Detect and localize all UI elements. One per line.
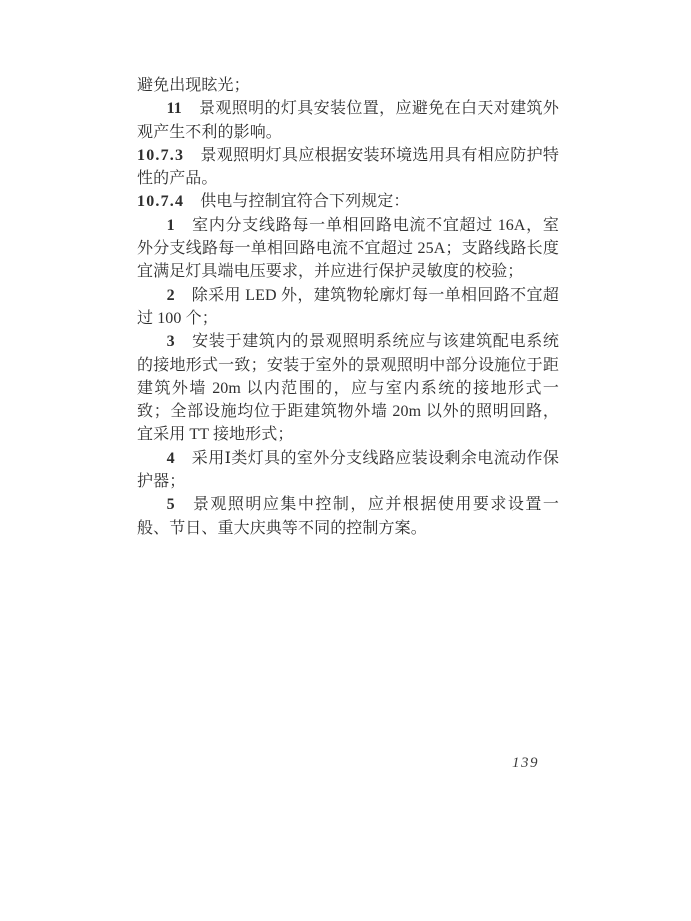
- item-number: 3: [167, 333, 175, 350]
- paragraph-text: 景观照明的灯具安装位置，应避免在白天对建筑外观产生不利的影响。: [137, 100, 559, 140]
- item-number: 2: [167, 287, 175, 304]
- paragraph-text: 采用Ⅰ类灯具的室外分支线路应装设剩余电流动作保护器；: [137, 450, 559, 490]
- continuation-paragraph: 避免出现眩光；: [137, 74, 559, 97]
- item-paragraph: 11景观照明的灯具安装位置，应避免在白天对建筑外观产生不利的影响。: [137, 97, 559, 144]
- scanned-document-page: 避免出现眩光；11景观照明的灯具安装位置，应避免在白天对建筑外观产生不利的影响。…: [0, 0, 691, 921]
- page-body-text: 避免出现眩光；11景观照明的灯具安装位置，应避免在白天对建筑外观产生不利的影响。…: [137, 74, 559, 540]
- paragraph-text: 室内分支线路每一单相回路电流不宜超过 16A，室外分支线路每一单相回路电流不宜超…: [137, 217, 559, 281]
- paragraph-text: 景观照明应集中控制，应并根据使用要求设置一般、节日、重大庆典等不同的控制方案。: [137, 496, 559, 536]
- item-paragraph: 3安装于建筑内的景观照明系统应与该建筑配电系统的接地形式一致；安装于室外的景观照…: [137, 330, 559, 446]
- item-number: 11: [167, 100, 182, 117]
- paragraph-text: 景观照明灯具应根据安装环境选用具有相应防护特性的产品。: [137, 147, 559, 187]
- paragraph-text: 避免出现眩光；: [137, 77, 250, 94]
- item-number: 4: [167, 450, 175, 467]
- clause-paragraph: 10.7.4供电与控制宜符合下列规定：: [137, 190, 559, 213]
- item-paragraph: 5景观照明应集中控制，应并根据使用要求设置一般、节日、重大庆典等不同的控制方案。: [137, 493, 559, 540]
- clause-number: 10.7.4: [137, 193, 184, 210]
- item-number: 1: [167, 217, 175, 234]
- paragraph-text: 供电与控制宜符合下列规定：: [200, 193, 409, 210]
- item-paragraph: 2除采用 LED 外，建筑物轮廓灯每一单相回路不宜超过 100 个；: [137, 284, 559, 331]
- page-number: 139: [512, 755, 539, 772]
- clause-number: 10.7.3: [137, 147, 184, 164]
- paragraph-text: 安装于建筑内的景观照明系统应与该建筑配电系统的接地形式一致；安装于室外的景观照明…: [137, 333, 559, 443]
- item-paragraph: 4采用Ⅰ类灯具的室外分支线路应装设剩余电流动作保护器；: [137, 447, 559, 494]
- clause-paragraph: 10.7.3景观照明灯具应根据安装环境选用具有相应防护特性的产品。: [137, 144, 559, 191]
- item-paragraph: 1室内分支线路每一单相回路电流不宜超过 16A，室外分支线路每一单相回路电流不宜…: [137, 214, 559, 284]
- paragraph-text: 除采用 LED 外，建筑物轮廓灯每一单相回路不宜超过 100 个；: [137, 287, 559, 327]
- item-number: 5: [167, 496, 175, 513]
